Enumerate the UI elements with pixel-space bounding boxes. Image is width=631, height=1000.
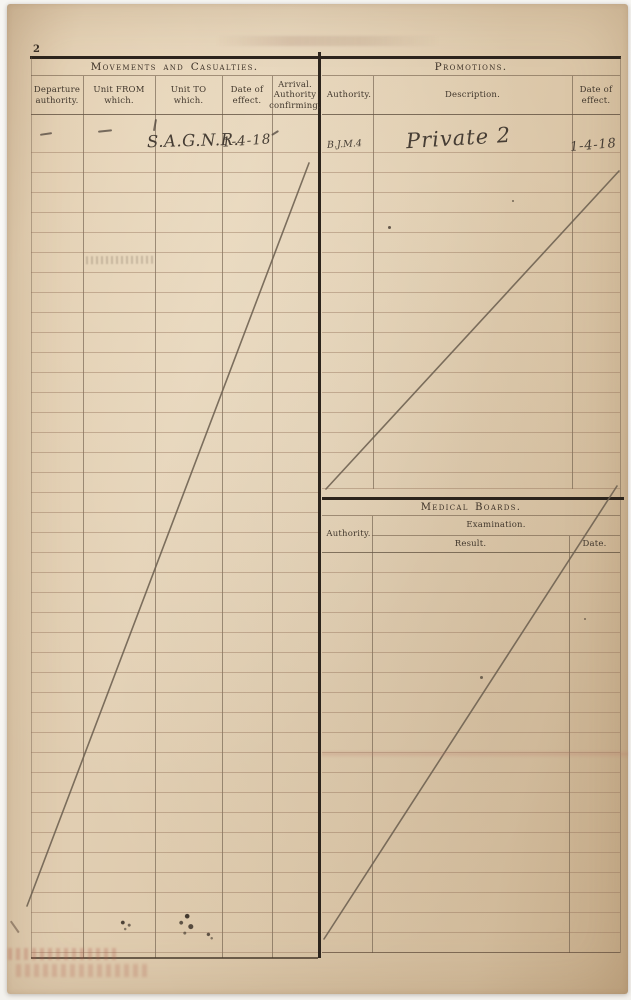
cancellation-line-promotions <box>326 171 619 489</box>
cancellation-lines-overlay <box>0 0 631 1000</box>
cancellation-line-movements <box>27 163 309 906</box>
document-scan: 2 Movements and Casualties. Departure au… <box>0 0 631 1000</box>
cancellation-line-medical <box>324 486 617 939</box>
